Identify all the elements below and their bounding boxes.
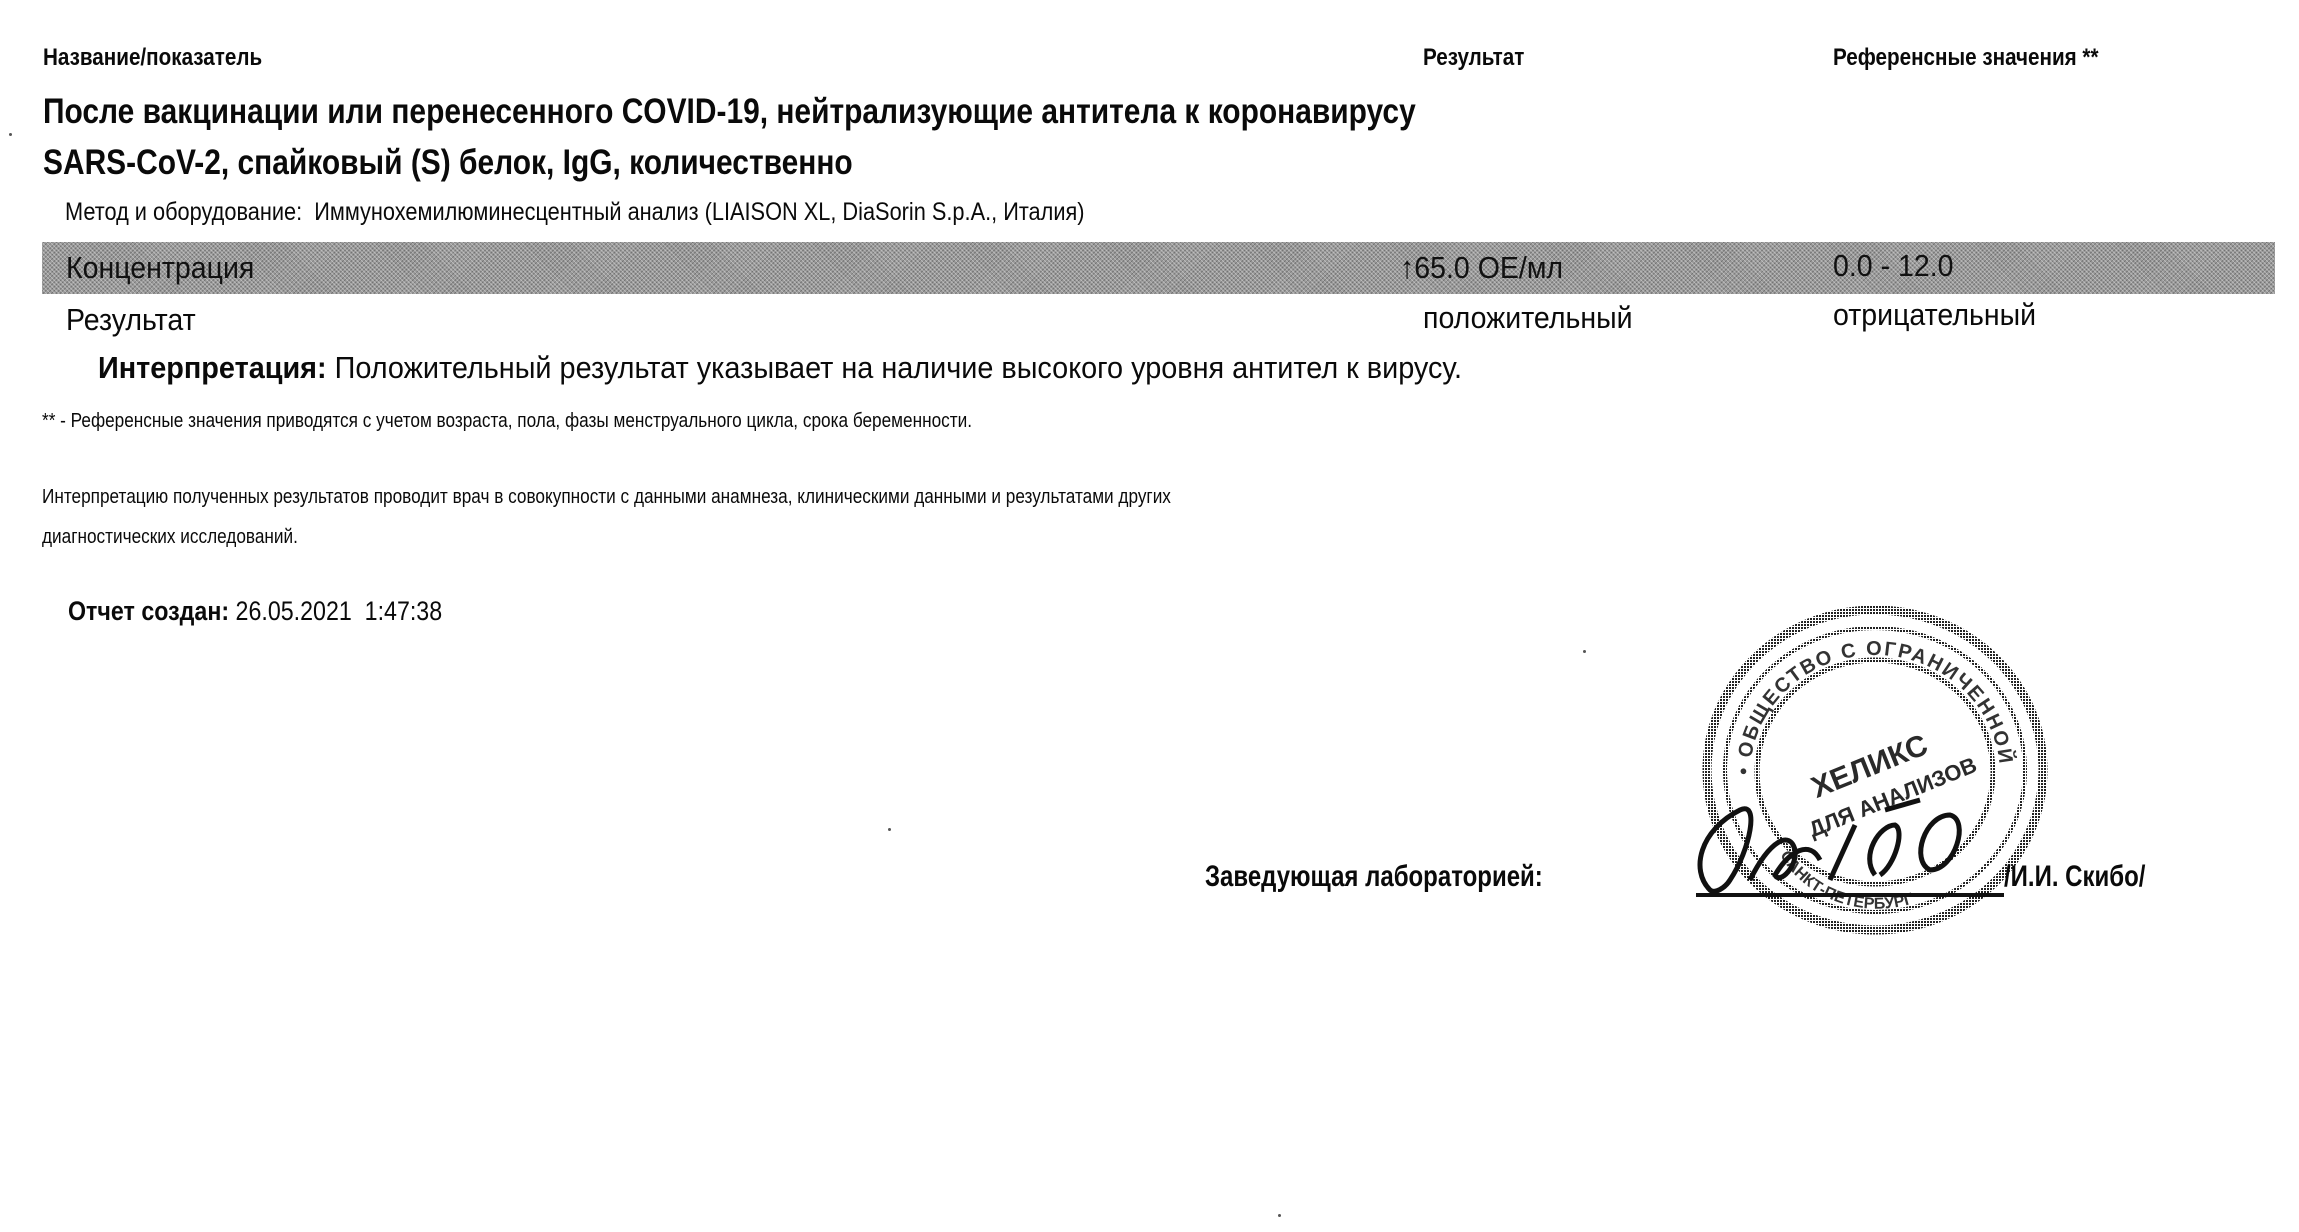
reference-range-text: 0.0 - 12.0	[1833, 248, 1954, 284]
row-result-value: положительный	[1423, 300, 1651, 336]
test-title-text-2: SARS-CoV-2, спайковый (S) белок, IgG, ко…	[43, 143, 853, 183]
handwritten-signature-icon	[1680, 770, 2000, 910]
test-title-line-1: После вакцинации или перенесенного COVID…	[43, 92, 1649, 132]
signature-label: Заведующая лабораторией:	[1205, 860, 1627, 894]
row-name-text: Результат	[66, 302, 196, 338]
scan-speck	[888, 828, 891, 831]
signature-label-text: Заведующая лабораторией:	[1205, 860, 1543, 894]
column-header-result: Результат	[1423, 44, 1541, 72]
reference-value-text: отрицательный	[1833, 297, 2036, 333]
footnote: ** - Референсные значения приводятся с у…	[42, 410, 1123, 433]
interpretation: Интерпретация: Положительный результат у…	[98, 350, 1565, 386]
scan-speck	[1583, 650, 1586, 653]
method-label: Метод и оборудование:	[65, 198, 302, 226]
result-value-text: положительный	[1423, 300, 1633, 336]
signature-name-text: /И.И. Скибо/	[2004, 860, 2145, 894]
disclaimer-line-1: Интерпретацию полученных результатов про…	[42, 486, 1355, 509]
report-created: Отчет создан: 26.05.2021 1:47:38	[68, 596, 503, 627]
column-header-reference: Референсные значения **	[1833, 44, 2142, 72]
signature-name: /И.И. Скибо/	[2004, 860, 2181, 894]
interpretation-text: Положительный результат указывает на нал…	[335, 350, 1462, 385]
row-concentration-name: Концентрация	[66, 250, 271, 286]
signature-underline	[1696, 893, 2004, 897]
row-result-reference: отрицательный	[1833, 297, 2054, 333]
concentration-value: 65.0 ОЕ/мл	[1414, 250, 1563, 285]
svg-text:• ОБЩЕСТВО С ОГРАНИЧЕННОЙ ОТВЕ: • ОБЩЕСТВО С ОГРАНИЧЕННОЙ ОТВЕТСТВЕННОСТ…	[1690, 600, 2019, 775]
disclaimer-text-2: диагностических исследований.	[42, 526, 298, 549]
interpretation-label: Интерпретация:	[98, 350, 327, 385]
row-name-text: Концентрация	[66, 250, 254, 286]
column-header-name-text: Название/показатель	[43, 44, 262, 72]
report-created-datetime: 26.05.2021 1:47:38	[236, 596, 443, 626]
arrow-up-icon: ↑	[1400, 250, 1414, 285]
column-header-result-text: Результат	[1423, 44, 1524, 72]
row-concentration-value: ↑65.0 ОЕ/мл	[1400, 250, 1577, 286]
row-concentration-reference: 0.0 - 12.0	[1833, 248, 1964, 284]
method-value: Иммунохемилюминесцентный анализ (LIAISON…	[314, 198, 1084, 226]
report-created-label: Отчет создан:	[68, 596, 229, 626]
column-header-reference-text: Референсные значения **	[1833, 44, 2098, 72]
scan-speck	[1278, 1214, 1281, 1217]
row-result-name: Результат	[66, 302, 207, 338]
method-line: Метод и оборудование: Иммунохемилюминесц…	[65, 198, 1237, 227]
footnote-text: ** - Референсные значения приводятся с у…	[42, 410, 972, 433]
disclaimer-line-2: диагностических исследований.	[42, 526, 340, 549]
test-title-line-2: SARS-CoV-2, спайковый (S) белок, IgG, ко…	[43, 143, 990, 183]
test-title-text-1: После вакцинации или перенесенного COVID…	[43, 92, 1416, 132]
scan-speck	[9, 133, 12, 136]
disclaimer-text-1: Интерпретацию полученных результатов про…	[42, 486, 1171, 509]
column-header-name: Название/показатель	[43, 44, 298, 72]
